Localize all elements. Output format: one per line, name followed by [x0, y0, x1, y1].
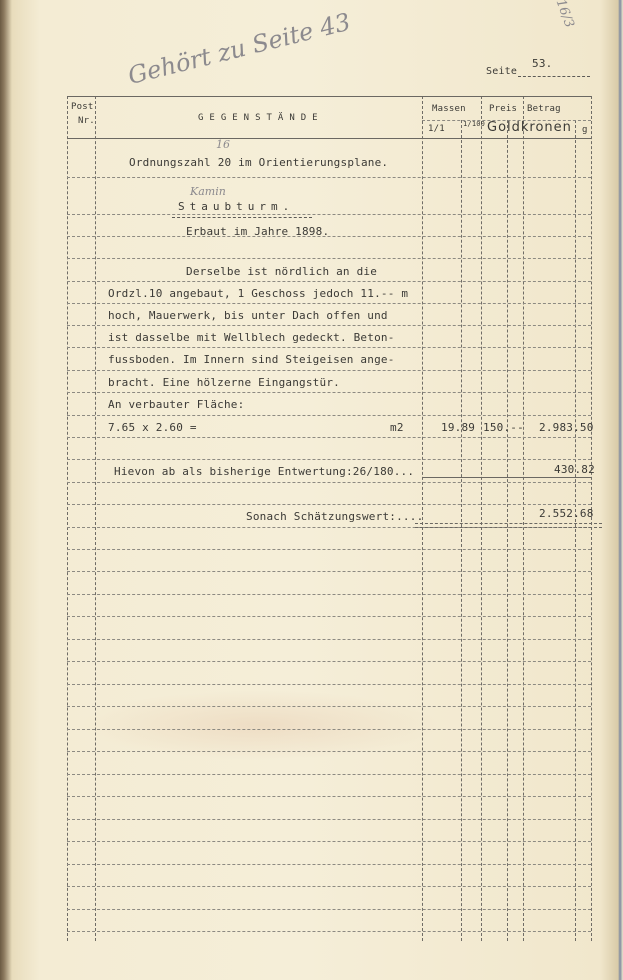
header-massen-1-1: 1/1: [428, 124, 445, 134]
total-label: Sonach Schätzungswert:....: [246, 510, 423, 523]
total-value: 2.552.68: [539, 507, 594, 520]
row-line: [67, 796, 591, 797]
description-line: Derselbe ist nördlich an die: [186, 265, 377, 278]
header-currency-suffix: g: [582, 125, 588, 135]
row-line: [67, 571, 591, 572]
header-currency: Goldkronen: [487, 120, 572, 135]
row-line: [67, 616, 591, 617]
row-line: [67, 415, 591, 416]
handwritten-header: Gehört zu Seite 43: [125, 8, 353, 90]
row-line: [67, 909, 591, 910]
paper-stain: [80, 690, 440, 760]
header-top-line: [67, 96, 591, 97]
header-bottom-line: [67, 138, 591, 139]
title-underline: [172, 217, 312, 218]
header-betrag: Betrag: [527, 104, 561, 114]
betrag-value: 2.983.50: [539, 421, 594, 434]
deduction-value: 430.82: [554, 463, 595, 476]
row-line: [67, 504, 591, 505]
entry-title: Staubturm.: [178, 200, 294, 213]
col-line-post: [95, 96, 96, 941]
col-line-preis: [523, 96, 524, 941]
row-line: [67, 886, 591, 887]
col-line-left: [67, 96, 68, 941]
header-gegenstaende: GEGENSTÄNDE: [198, 113, 324, 123]
header-nr: Nr.: [78, 116, 95, 126]
row-line: [67, 819, 591, 820]
row-line: [67, 303, 591, 304]
col-line-betrag-sub: [575, 120, 576, 941]
ordnungszahl-line: Ordnungszahl 20 im Orientierungsplane.: [129, 156, 388, 169]
seite-label: Seite: [486, 66, 517, 77]
deduction-label: Hievon ab als bisherige Entwertung:26/18…: [114, 465, 414, 478]
row-line: [67, 214, 591, 215]
row-line: [67, 931, 591, 932]
row-line: [67, 459, 591, 460]
seite-number: 53.: [532, 57, 552, 70]
row-line: [67, 258, 591, 259]
row-line: [67, 392, 591, 393]
row-line: [67, 751, 591, 752]
description-line: An verbauter Fläche:: [108, 398, 244, 411]
row-line: [67, 639, 591, 640]
row-line: [67, 774, 591, 775]
header-massen-1-100: 1/100: [463, 120, 485, 128]
ordnungszahl-handnote: 16: [216, 138, 230, 151]
massen-value: 19.89: [441, 421, 475, 434]
row-line: [67, 549, 591, 550]
row-line: [67, 482, 591, 483]
row-line: [67, 864, 591, 865]
row-line: [67, 706, 591, 707]
row-line: [67, 177, 591, 178]
corner-note: 16/3: [553, 0, 577, 30]
description-line: bracht. Eine hölzerne Eingangstür.: [108, 376, 340, 389]
header-massen: Massen: [432, 104, 466, 114]
title-handnote: Kamin: [190, 185, 226, 198]
row-line: [67, 370, 591, 371]
seite-underline: [518, 76, 590, 77]
ledger-page: 16/3 Seite 53. Gehört zu Seite 43 Post N…: [0, 0, 623, 980]
col-line-preis-sub: [507, 120, 508, 941]
description-line: hoch, Mauerwerk, bis unter Dach offen un…: [108, 309, 388, 322]
built-year: Erbaut im Jahre 1898.: [186, 225, 329, 238]
row-line: [67, 281, 591, 282]
description-line: ist dasselbe mit Wellblech gedeckt. Beto…: [108, 331, 395, 344]
row-line: [67, 437, 591, 438]
row-line: [67, 594, 591, 595]
col-line-massen-end: [481, 96, 482, 941]
header-post: Post: [71, 102, 93, 112]
row-line: [67, 661, 591, 662]
row-line: [67, 841, 591, 842]
area-unit: m2: [390, 421, 404, 434]
row-line: [67, 729, 591, 730]
total-double-rule: [415, 523, 602, 528]
preis-value: 150.--: [483, 421, 524, 434]
deduction-rule: [422, 477, 591, 478]
description-line: fussboden. Im Innern sind Steigeisen ang…: [108, 353, 395, 366]
description-line: Ordzl.10 angebaut, 1 Geschoss jedoch 11.…: [108, 287, 408, 300]
header-preis: Preis: [489, 104, 517, 114]
col-line-massen: [461, 120, 462, 941]
row-line: [67, 325, 591, 326]
row-line: [67, 347, 591, 348]
area-calculation: 7.65 x 2.60 =: [108, 421, 197, 434]
row-line: [67, 684, 591, 685]
